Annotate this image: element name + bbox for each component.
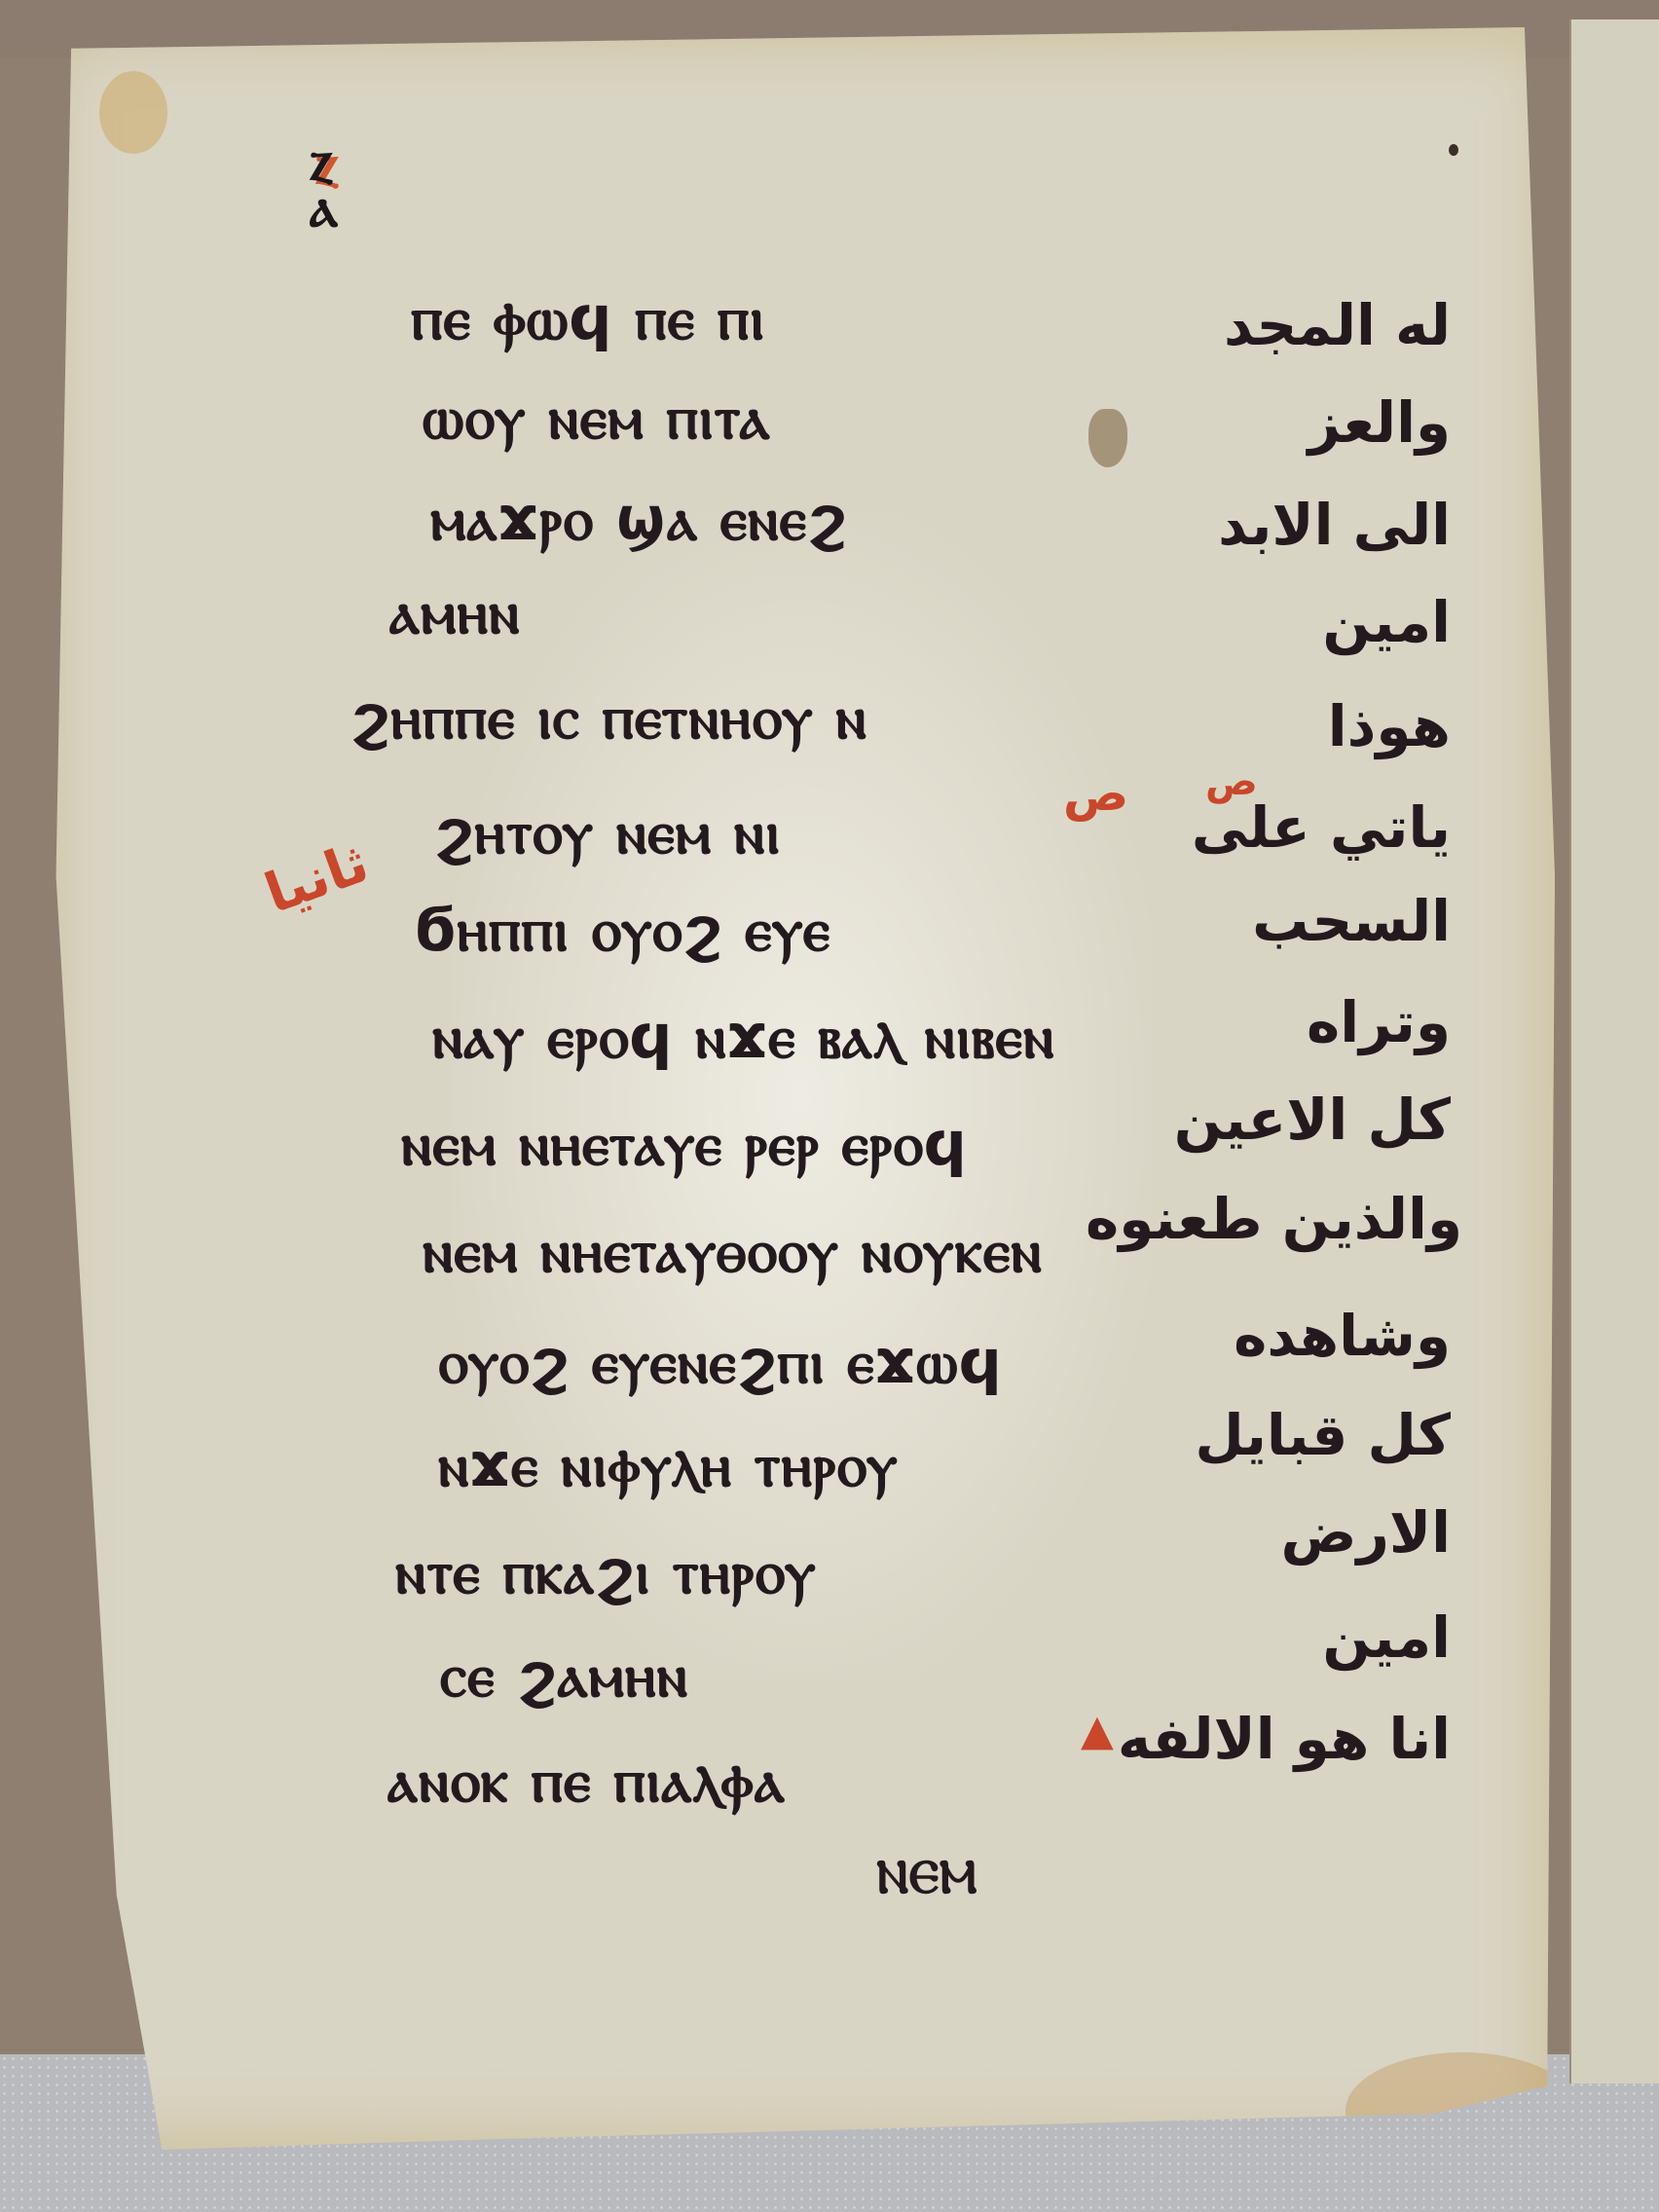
arabic-line: امين xyxy=(1322,589,1451,655)
rubric-mark: ص xyxy=(1063,765,1128,822)
coptic-line: ⲛⲉⲙ ⲛⲏⲉⲧⲁⲩⲉ ⲣⲉⲣ ⲉⲣⲟϥ xyxy=(401,1108,968,1180)
arabic-line: ياتي على xyxy=(1192,794,1451,861)
coptic-line: ϭⲏⲡⲡⲓ ⲟⲩⲟϩ ⲉⲩⲉ xyxy=(413,894,830,966)
page-number-bottom: ⲁ xyxy=(310,183,338,230)
coptic-line: ⲁⲛⲟⲕ ⲡⲉ ⲡⲓⲁⲗⲫⲁ xyxy=(387,1745,786,1817)
arabic-line: امين xyxy=(1322,1604,1451,1671)
ink-stain xyxy=(1088,409,1127,467)
coptic-line: ⲡⲉ ⲫⲱϥ ⲡⲉ ⲡⲓ xyxy=(411,282,765,354)
catchword: ⲚⲈⲘ xyxy=(876,1850,977,1905)
arabic-line: هوذا xyxy=(1328,693,1451,759)
coptic-line: ⲛϫⲉ ⲛⲓⲫⲩⲗⲏ ⲧⲏⲣⲟⲩ xyxy=(438,1429,899,1501)
rubric-mark: ▲ xyxy=(1081,1706,1114,1755)
arabic-line: انا هو الالفه xyxy=(1118,1706,1451,1772)
arabic-line: والعز xyxy=(1308,389,1451,456)
arabic-line: والذين طعنوه xyxy=(1086,1186,1462,1252)
arabic-line: كل الاعين xyxy=(1174,1087,1451,1153)
coptic-line: ⲛⲉⲙ ⲛⲏⲉⲧⲁⲩⲑⲟⲟⲩ ⲛⲟⲩⲕⲉⲛ xyxy=(423,1215,1043,1287)
coptic-line: ⲛⲁⲩ ⲉⲣⲟϥ ⲛϫⲉ ⲃⲁⲗ ⲛⲓⲃⲉⲛ xyxy=(432,1001,1054,1073)
page-number: ⲍ ⲁ xyxy=(310,136,338,230)
coptic-line: ϩⲏⲧⲟⲩ ⲛⲉⲙ ⲛⲓ xyxy=(434,796,781,868)
arabic-line: السحب xyxy=(1252,888,1451,954)
coptic-line: ϩⲏⲡⲡⲉ ⲓⲥ ⲡⲉⲧⲛⲏⲟⲩ ⲛ xyxy=(350,682,867,754)
coptic-line: ⲙⲁϫⲣⲟ ϣⲁ ⲉⲛⲉϩ xyxy=(430,483,847,555)
coptic-line: ⲥⲉ ϩⲁⲙⲏⲛ xyxy=(440,1640,688,1712)
arabic-line: الى الابد xyxy=(1218,492,1451,558)
arabic-line: كل قبايل xyxy=(1195,1402,1451,1468)
page-hole xyxy=(1449,144,1458,156)
coptic-line: ⲛⲧⲉ ⲡⲕⲁϩⲓ ⲧⲏⲣⲟⲩ xyxy=(395,1536,817,1608)
coptic-line: ⲱⲟⲩ ⲛⲉⲙ ⲡⲓⲧⲁ xyxy=(423,382,771,454)
adjacent-page-edge xyxy=(1569,19,1659,2083)
arabic-line: الارض xyxy=(1281,1499,1451,1566)
arabic-line: له المجد xyxy=(1224,292,1451,358)
water-stain xyxy=(99,71,167,154)
arabic-line: وتراه xyxy=(1307,989,1451,1055)
arabic-line: وشاهده xyxy=(1234,1303,1451,1369)
coptic-line: ⲟⲩⲟϩ ⲉⲩⲉⲛⲉϩⲡⲓ ⲉϫⲱϥ xyxy=(438,1326,1003,1398)
coptic-line: ⲁⲙⲏⲛ xyxy=(389,576,520,648)
